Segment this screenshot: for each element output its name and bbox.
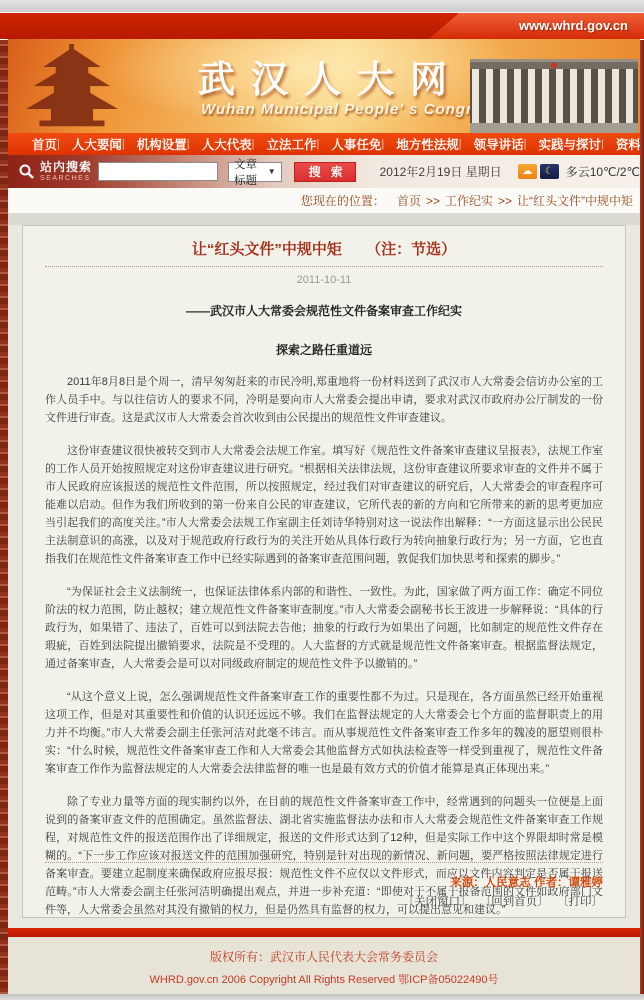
source-author-line: 来源：人民意志 作者：谭雅婷 bbox=[45, 874, 603, 890]
pagoda-icon bbox=[24, 44, 120, 132]
article-action-link[interactable]: 〔打印〕 bbox=[557, 896, 603, 908]
nav-link[interactable]: 地方性法规 bbox=[396, 135, 459, 153]
search-icon bbox=[18, 163, 35, 180]
article-paragraph: 2011年8月8日是个周一，清早匆匆赶来的市民冷明,郑重地将一份材料送到了武汉市… bbox=[45, 373, 603, 427]
nav-item: | 人大代表 bbox=[187, 135, 252, 153]
nav-item: | 人大要闻 bbox=[57, 135, 122, 153]
nav-separator: | bbox=[122, 138, 125, 150]
site-title: 武汉人大网 bbox=[198, 49, 463, 103]
page-title: 让“红头文件”中规中矩 （注：节选） bbox=[45, 238, 603, 259]
main-navigation: 首页 | 人大要闻 | 机构设置 | 人大代表 | bbox=[8, 133, 640, 155]
breadcrumb-separator: >> bbox=[426, 194, 440, 208]
breadcrumb-link[interactable]: 工作纪实 bbox=[445, 192, 493, 209]
site-subtitle: Wuhan Municipal People' s Congress bbox=[201, 101, 501, 118]
nav-link[interactable]: 领导讲话 bbox=[474, 135, 524, 153]
article-paragraph: “为保证社会主义法制统一，也保证法律体系内部的和谐性、一致性。为此，国家做了两方… bbox=[45, 583, 603, 673]
nav-item: | 立法工作 bbox=[252, 135, 317, 153]
page-left-border bbox=[0, 40, 8, 994]
article-paragraph: “从这个意义上说，怎么强调规范性文件备案审查工作的重要性都不为过。只是现在，各方… bbox=[45, 688, 603, 778]
copyright-line: 版权所有：武汉市人民代表大会常务委员会 bbox=[8, 948, 640, 965]
date-text: 2012年2月19日 星期日 bbox=[380, 163, 502, 180]
day-weather-icon: ☁ bbox=[518, 164, 537, 179]
site-footer: 版权所有：武汉市人民代表大会常务委员会 WHRD.gov.cn 2006 Cop… bbox=[8, 937, 640, 994]
nav-separator: | bbox=[601, 138, 604, 150]
chevron-down-icon: ▼ bbox=[268, 167, 276, 176]
browser-bottom-strip bbox=[0, 994, 644, 1000]
article-footer: 来源：人民意志 作者：谭雅婷 〔关闭窗口〕 〔回到首页〕 〔打印〕 bbox=[45, 855, 603, 909]
nav-link[interactable]: 人大代表 bbox=[202, 135, 252, 153]
weather-text: 多云10℃/2℃ bbox=[566, 163, 640, 180]
site-banner: 武汉人大网 Wuhan Municipal People' s Congress bbox=[8, 39, 640, 133]
nav-link[interactable]: 人大要闻 bbox=[72, 135, 122, 153]
breadcrumb: 您现在的位置： 首页 >> 工作纪实 >> 让“红头文件”中规中矩 bbox=[8, 188, 640, 213]
search-input[interactable] bbox=[98, 162, 218, 181]
page-right-border bbox=[640, 40, 644, 994]
search-category-value: 文章标题 bbox=[234, 156, 268, 188]
article-subtitle: ——武汉市人大常委会规范性文件备案审查工作纪实 bbox=[45, 302, 603, 319]
dotted-divider bbox=[45, 862, 603, 863]
icp-line: WHRD.gov.cn 2006 Copyright All Rights Re… bbox=[8, 971, 640, 987]
nav-item: | 机构设置 bbox=[122, 135, 187, 153]
browser-top-strip bbox=[0, 0, 644, 13]
top-red-band: www.whrd.gov.cn bbox=[0, 13, 644, 39]
divider-band bbox=[0, 213, 644, 225]
nav-link[interactable]: 实践与探讨 bbox=[539, 135, 602, 153]
article-action-link[interactable]: 〔回到首页〕 bbox=[480, 896, 549, 908]
nav-separator: | bbox=[317, 138, 320, 150]
article-date: 2011-10-11 bbox=[45, 274, 603, 286]
nav-item: | 人事任免 bbox=[317, 135, 382, 153]
nav-separator: | bbox=[381, 138, 384, 150]
search-category-dropdown[interactable]: 文章标题 ▼ bbox=[228, 162, 282, 182]
nav-item: | 地方性法规 bbox=[381, 135, 458, 153]
breadcrumb-prefix: 您现在的位置： bbox=[301, 192, 385, 209]
page: www.whrd.gov.cn 武汉人大网 Wuhan Municipal Pe… bbox=[0, 0, 644, 1000]
night-weather-icon: ☾ bbox=[540, 164, 559, 179]
search-label: 站内搜索 bbox=[40, 161, 94, 173]
search-bar: 站内搜索 SEARCHES 文章标题 ▼ 搜索 2012年2月19日 星期日 ☁… bbox=[8, 155, 640, 188]
nav-item: | 实践与探讨 bbox=[524, 135, 601, 153]
article-title-note: （注：节选） bbox=[366, 241, 456, 258]
footer-red-bar bbox=[0, 928, 644, 937]
breadcrumb-link[interactable]: 让“红头文件”中规中矩 bbox=[517, 192, 633, 209]
breadcrumb-link[interactable]: 首页 bbox=[397, 192, 421, 209]
nav-separator: | bbox=[187, 138, 190, 150]
nav-item: 首页 bbox=[20, 135, 57, 153]
dotted-divider bbox=[45, 266, 603, 267]
search-label-en: SEARCHES bbox=[40, 175, 94, 182]
site-url[interactable]: www.whrd.gov.cn bbox=[429, 13, 644, 39]
search-button[interactable]: 搜索 bbox=[294, 162, 356, 182]
search-label-group: 站内搜索 SEARCHES bbox=[40, 161, 94, 182]
nav-item: | 资料库 bbox=[601, 135, 644, 153]
article-action-links: 〔关闭窗口〕 〔回到首页〕 〔打印〕 bbox=[45, 893, 603, 909]
nav-link[interactable]: 机构设置 bbox=[137, 135, 187, 153]
article-paragraph: 这份审查建议很快被转交到市人大常委会法规工作室。填写好《规范性文件备案审查建议呈… bbox=[45, 442, 603, 568]
nav-separator: | bbox=[57, 138, 60, 150]
nav-link[interactable]: 人事任免 bbox=[331, 135, 381, 153]
nav-link[interactable]: 立法工作 bbox=[267, 135, 317, 153]
article-body: 2011年8月8日是个周一，清早匆匆赶来的市民冷明,郑重地将一份材料送到了武汉市… bbox=[45, 373, 603, 918]
article-action-link[interactable]: 〔关闭窗口〕 bbox=[403, 896, 472, 908]
nav-separator: | bbox=[524, 138, 527, 150]
building-image bbox=[470, 57, 638, 133]
nav-item: | 领导讲话 bbox=[459, 135, 524, 153]
article-section-heading: 探索之路任重道远 bbox=[45, 341, 603, 358]
nav-link[interactable]: 首页 bbox=[32, 135, 57, 153]
article-title-text: 让“红头文件”中规中矩 bbox=[192, 241, 342, 258]
article-container: 让“红头文件”中规中矩 （注：节选） 2011-10-11 ——武汉市人大常委会… bbox=[22, 225, 626, 918]
weather-icons: ☁ ☾ bbox=[518, 164, 559, 179]
nav-separator: | bbox=[459, 138, 462, 150]
breadcrumb-separator: >> bbox=[498, 194, 512, 208]
nav-separator: | bbox=[252, 138, 255, 150]
main-content-area: 让“红头文件”中规中矩 （注：节选） 2011-10-11 ——武汉市人大常委会… bbox=[8, 225, 640, 928]
